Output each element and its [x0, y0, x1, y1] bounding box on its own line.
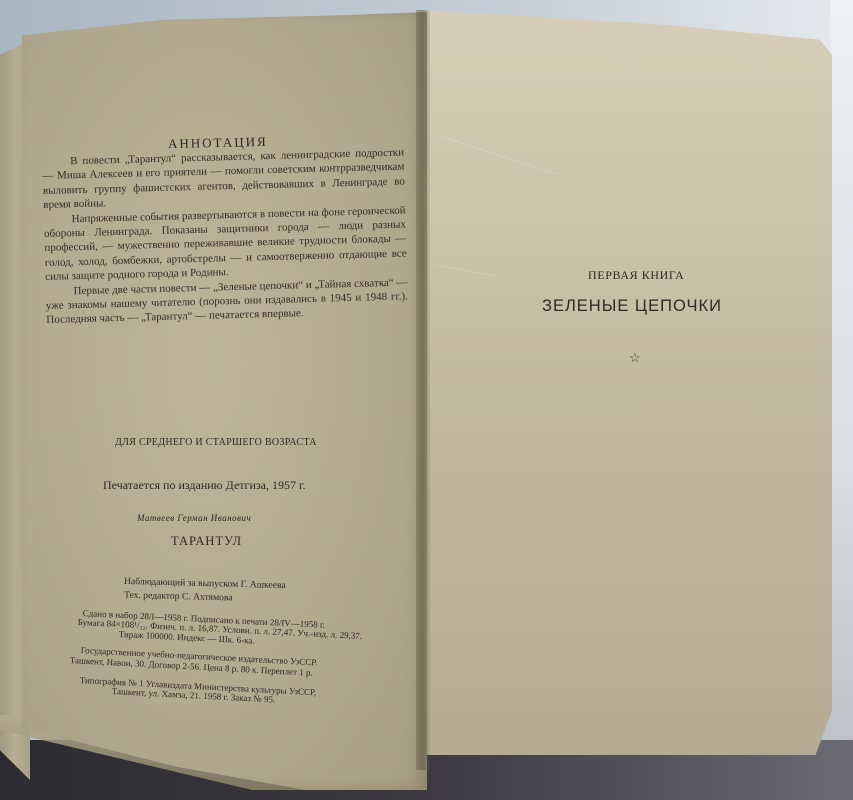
background-right [830, 0, 853, 800]
author-name: Матвеев Герман Иванович [137, 513, 251, 523]
right-page [420, 10, 832, 755]
age-group: ДЛЯ СРЕДНЕГО И СТАРШЕГО ВОЗРАСТА [115, 437, 317, 448]
annotation-body: В повести „Тарантул“ рассказывается, как… [42, 146, 408, 328]
book-label: ПЕРВАЯ КНИГА [588, 268, 684, 283]
annotation-paragraph: В повести „Тарантул“ рассказывается, как… [42, 146, 405, 213]
book-title: ТАРАНТУЛ [171, 534, 242, 549]
part-title: ЗЕЛЕНЫЕ ЦЕПОЧКИ [542, 297, 722, 316]
reprint-note: Печатается по изданию Детгиза, 1957 г. [103, 478, 306, 493]
annotation-paragraph: Напряженные события развертываются в пов… [44, 203, 408, 284]
book-gutter [416, 10, 430, 770]
star-ornament-icon: ☆ [629, 350, 641, 366]
